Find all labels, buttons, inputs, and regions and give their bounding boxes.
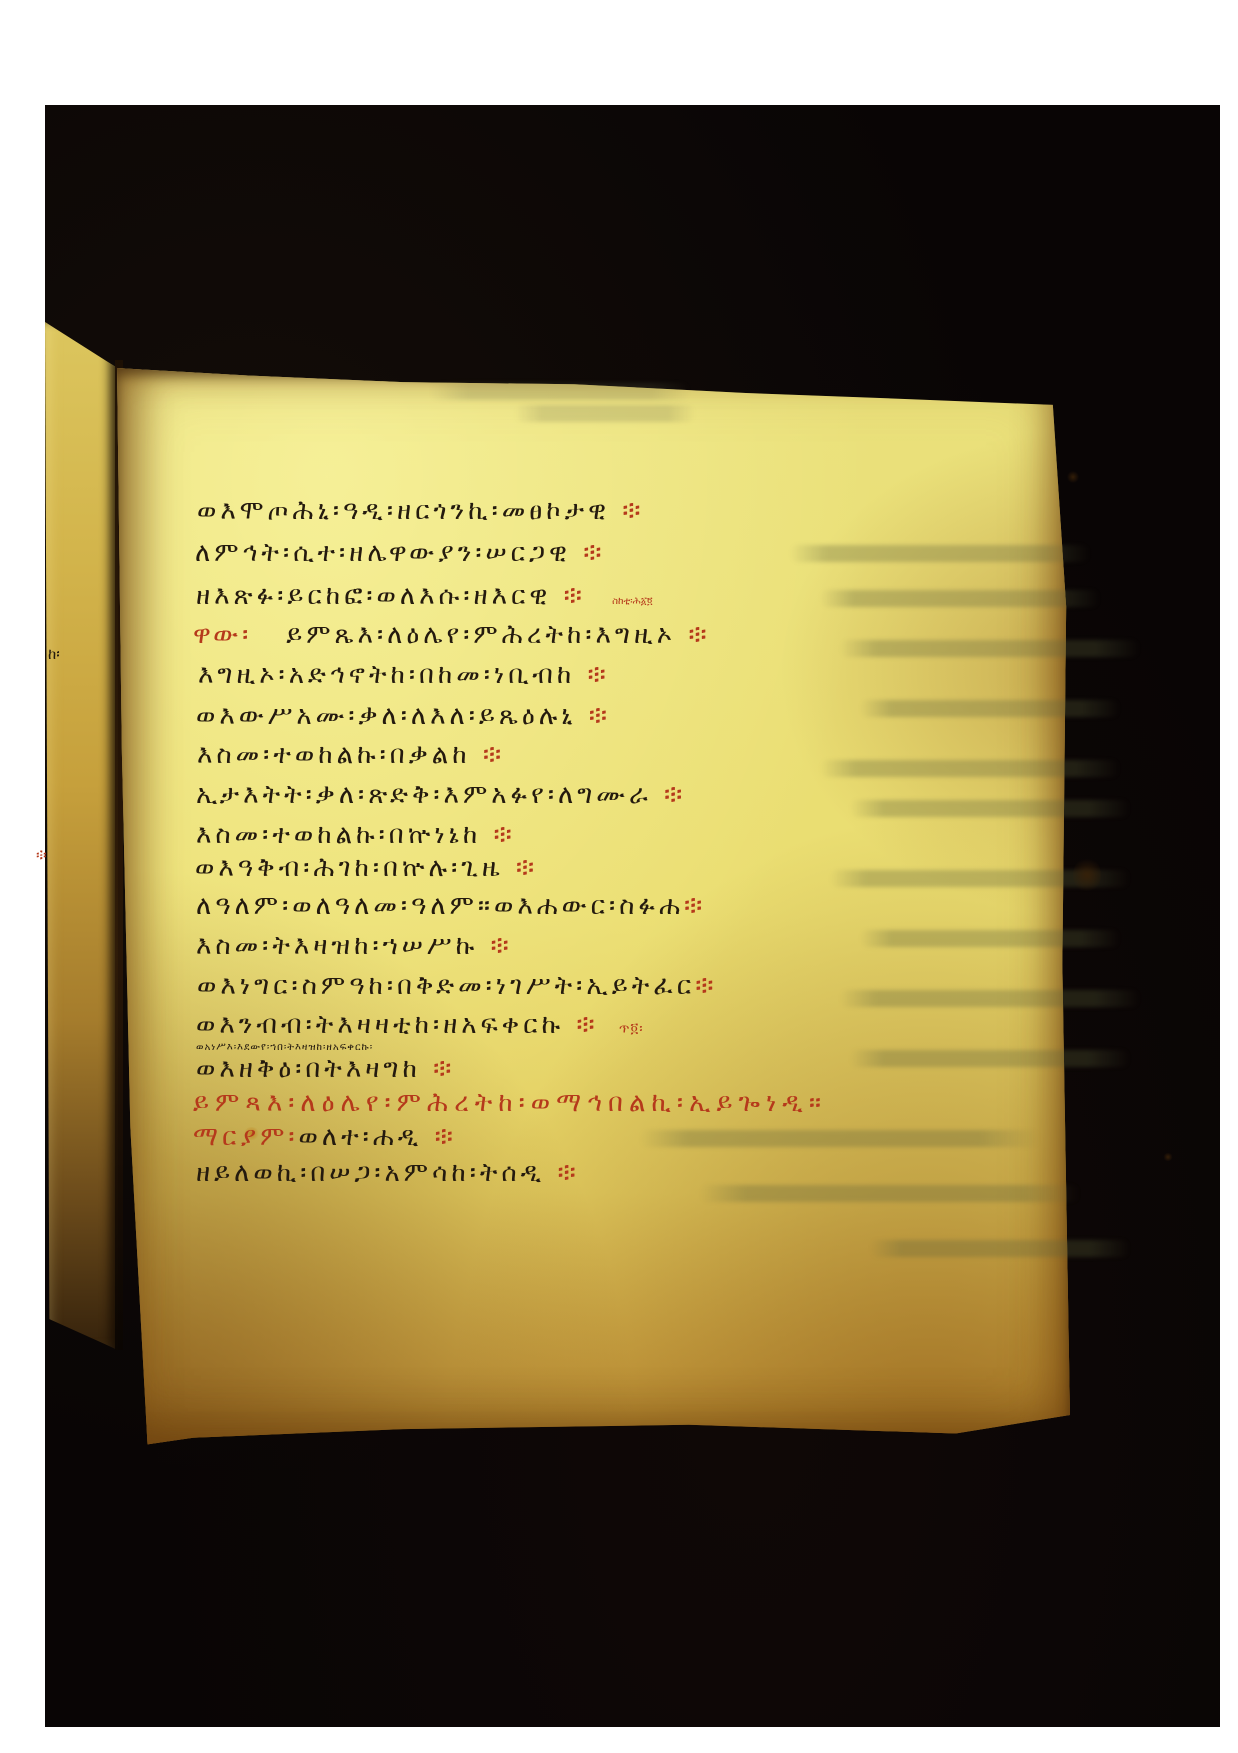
verse-divider: ፨ <box>589 701 611 731</box>
verse-divider: ፨ <box>516 853 538 883</box>
line-text: እስመ፡ትእዛዝከ፡ኀሠሥኩ <box>196 931 490 961</box>
line-text: ወእሞጦሕኒ፡ዓዲ፡ዘርጎንኪ፡መፀኮታዊ <box>197 496 622 526</box>
stain <box>1073 857 1101 893</box>
verse-divider: ፨ <box>583 538 605 568</box>
bleedthrough-mark <box>515 405 695 422</box>
line-text: ወእዘቅዕ፡በትእዛግከ <box>196 1054 433 1084</box>
bleedthrough-mark <box>850 800 1130 817</box>
text-line: ማርያም፡ወለተ፡ሐዲ ፨ <box>193 1124 457 1150</box>
text-line: ዋው፡ይምጼእ፡ለዕሌየ፡ምሕረትከ፡እግዚኦ ፨ <box>193 622 711 648</box>
text-line: ኢታእትት፡ቃለ፡ጽድቅ፡እምአፉየ፡ለግሙራ ፨ <box>196 782 686 808</box>
stain <box>1163 1153 1173 1161</box>
text-line: ወእሞጦሕኒ፡ዓዲ፡ዘርጎንኪ፡መፀኮታዊ ፨ <box>197 498 644 524</box>
verse-divider: ፨ <box>622 496 644 526</box>
text-line: ለዓለም፡ወለዓለመ፡ዓለም።ወእሐውር፡ስፉሐ፨ <box>196 893 706 919</box>
verse-divider: ፨ <box>684 891 706 921</box>
text-line: ወእንብብ፡ትእዛዛቲከ፡ዘአፍቀርኩ ፨ ጥ፬፡ <box>196 1012 644 1038</box>
bleedthrough-mark <box>640 1130 1040 1147</box>
line-text: ወለተ፡ሐዲ <box>299 1122 435 1152</box>
verse-divider: ፨ <box>433 1054 455 1084</box>
verse-divider: ፨ <box>494 820 516 850</box>
bleedthrough-mark <box>820 760 1120 777</box>
text-line: እስመ፡ትእዛዝከ፡ኀሠሥኩ ፨ <box>196 933 513 959</box>
bleedthrough-mark <box>700 1185 1080 1202</box>
bleedthrough-mark <box>840 990 1140 1007</box>
marginal-note: ስከቲ፡ሕ፩፬ <box>612 596 652 607</box>
margin-fragment: ከ፡ <box>48 645 60 663</box>
line-text: ለምኅት፡ሲተ፡ዘሌዋውያን፡ሠርጋዊ <box>195 538 583 568</box>
verse-divider: ፨ <box>688 620 710 650</box>
text-line: ዘእጽፉ፡ይርከፎ፡ወለእሱ፡ዘእርዊ ፨ ስከቲ፡ሕ፩፬ <box>196 583 653 609</box>
line-text: እግዚኦ፡አድኅኖትከ፡በከመ፡ነቢብከ <box>198 660 587 690</box>
verse-divider: ፨ <box>435 1122 457 1152</box>
section-note: ጥ፬፡ <box>619 1021 644 1037</box>
verse-divider: ፨ <box>576 1010 598 1040</box>
line-text: ወእውሥአሙ፡ቃለ፡ለእለ፡ይጼዕሉኒ <box>196 701 589 731</box>
text-line: ወእውሥአሙ፡ቃለ፡ለእለ፡ይጼዕሉኒ ፨ <box>196 703 611 729</box>
verse-divider: ፨ <box>490 931 512 961</box>
line-text: ዘይለወኪ፡በሠጋ፡አምሳከ፡ትሰዲ <box>196 1158 558 1188</box>
line-text: ወእዓቅብ፡ሕገከ፡በኵሉ፡ጊዜ <box>195 853 516 883</box>
bleedthrough-mark <box>820 590 1100 607</box>
verse-divider: ፨ <box>587 660 609 690</box>
text-line: ወእዘቅዕ፡በትእዛግከ ፨ <box>196 1056 455 1082</box>
bleedthrough-mark <box>870 1240 1130 1257</box>
bleedthrough-mark <box>850 1050 1130 1067</box>
text-line: እስመ፡ተወከልኩ፡በኵነኔከ ፨ <box>196 822 516 848</box>
facing-page-edge <box>45 320 118 1350</box>
line-text: ይምጼእ፡ለዕሌየ፡ምሕረትከ፡እግዚኦ <box>286 620 688 650</box>
text-line: እግዚኦ፡አድኅኖትከ፡በከመ፡ነቢብከ ፨ <box>198 662 610 688</box>
verse-divider: ፨ <box>664 780 686 810</box>
verse-divider: ፨ <box>558 1158 580 1188</box>
line-text: እስመ፡ተወከልኩ፡በቃልከ <box>197 740 483 770</box>
verse-divider: ፨ <box>564 581 586 611</box>
verse-divider: ፨ <box>695 971 717 1001</box>
rubric-line: ይምጻእ፡ለዕሌየ፡ምሕረትከ፡ወማኅበልኪ፡ኢይጐነዲ። <box>193 1090 827 1116</box>
line-text: ወእነግር፡ስምዓከ፡በቅድመ፡ነገሥት፡ኢይትፈር <box>197 971 695 1001</box>
bleedthrough-mark <box>860 930 1120 947</box>
text-line: ለምኅት፡ሲተ፡ዘሌዋውያን፡ሠርጋዊ ፨ <box>195 540 605 566</box>
margin-fragment: ፨ <box>36 846 47 864</box>
interlinear-gloss: ወአነሥእ፡እደውየ፡ኀበ፡ትእዛዝከ፡ዘአፍቀርኩ፡ <box>196 1042 373 1053</box>
text-line: እስመ፡ተወከልኩ፡በቃልከ ፨ <box>197 742 505 768</box>
line-text: እስመ፡ተወከልኩ፡በኵነኔከ <box>196 820 494 850</box>
manuscript-photo-page: ወእሞጦሕኒ፡ዓዲ፡ዘርጎንኪ፡መፀኮታዊ ፨ ለምኅት፡ሲተ፡ዘሌዋውያን፡ሠ… <box>0 0 1238 1753</box>
stain <box>1067 471 1079 483</box>
line-text: ለዓለም፡ወለዓለመ፡ዓለም።ወእሐውር፡ስፉሐ <box>196 891 684 921</box>
bleedthrough-mark <box>790 545 1090 562</box>
stanza-mark: ዋው፡ <box>193 620 252 650</box>
line-text: ዘእጽፉ፡ይርከፎ፡ወለእሱ፡ዘእርዊ <box>196 581 564 611</box>
bleedthrough-mark <box>860 700 1120 717</box>
bleedthrough-mark <box>430 383 690 400</box>
line-text: ይምጻእ፡ለዕሌየ፡ምሕረትከ፡ወማኅበልኪ፡ኢይጐነዲ። <box>193 1088 827 1118</box>
text-line: ወእዓቅብ፡ሕገከ፡በኵሉ፡ጊዜ ፨ <box>195 855 538 881</box>
text-line: ወእነግር፡ስምዓከ፡በቅድመ፡ነገሥት፡ኢይትፈር፨ <box>197 973 717 999</box>
text-line: ዘይለወኪ፡በሠጋ፡አምሳከ፡ትሰዲ ፨ <box>196 1160 580 1186</box>
bleedthrough-mark <box>840 640 1140 657</box>
rubric-word: ማርያም፡ <box>193 1122 299 1152</box>
verse-divider: ፨ <box>483 740 505 770</box>
line-text: ወእንብብ፡ትእዛዛቲከ፡ዘአፍቀርኩ <box>196 1010 576 1040</box>
line-text: ኢታእትት፡ቃለ፡ጽድቅ፡እምአፉየ፡ለግሙራ <box>196 780 664 810</box>
